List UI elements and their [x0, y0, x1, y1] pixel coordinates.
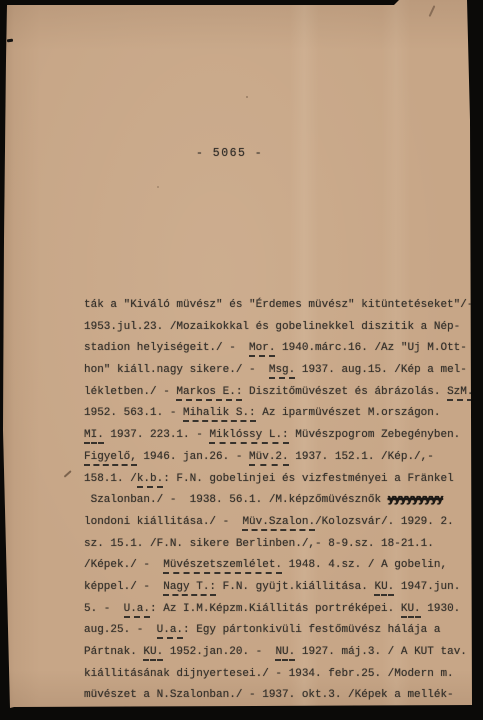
- text-segment: ták a "Kiváló müvész" és "Érdemes müvész…: [84, 299, 473, 311]
- text-line: hon" kiáll.nagy sikere./ - Msg. 1937. au…: [84, 360, 476, 382]
- scanned-paper-sheet: - 5065 - ták a "Kiváló müvész" és "Érdem…: [0, 0, 483, 720]
- text-line: képpel./ - Nagy T.: F.N. gyüjt.kiállitás…: [84, 577, 476, 599]
- text-segment: képpel./ -: [84, 581, 163, 593]
- text-line: 1952. 563.1. - Mihalik S.: Az iparmüvész…: [84, 403, 476, 425]
- text-line: 1953.jul.23. /Mozaikokkal és gobelinekke…: [84, 317, 476, 339]
- text-segment: Pártnak.: [84, 646, 143, 658]
- text-segment: Szalonban./ - 1938. 56.1. /M.képzőmüvész…: [84, 494, 388, 506]
- text-line: Pártnak. KU. 1952.jan.20. - NU. 1927. má…: [84, 642, 476, 664]
- text-segment: stadion helyiségeit./ -: [84, 342, 249, 354]
- underlined-text: MI.: [84, 429, 104, 444]
- underlined-text: k.b.: [137, 473, 163, 488]
- text-segment: müvészet a N.Szalonban./ - 1937. okt.3. …: [84, 689, 454, 701]
- text-segment: 1937. aug.15. /Kép a mel-: [295, 364, 467, 376]
- underlined-text: U.a.: [157, 624, 183, 639]
- text-segment: 1952.jan.20. -: [163, 646, 275, 658]
- text-segment: 1953.jul.23. /Mozaikokkal és gobelinekke…: [84, 321, 460, 333]
- text-line: sz. 15.1. /F.N. sikere Berlinben./,- 8-9…: [84, 534, 476, 556]
- text-segment: lékletben./ -: [84, 386, 176, 398]
- underlined-text: U.a.: [124, 603, 150, 618]
- text-line: Figyelő, 1946. jan.26. - Müv.2. 1937. 15…: [84, 447, 476, 469]
- underlined-text: Miklóssy L.:: [209, 429, 288, 444]
- text-line: ták a "Kiváló müvész" és "Érdemes müvész…: [84, 295, 476, 317]
- text-segment: 1940.márc.16. /Az "Uj M.Ott-: [275, 342, 466, 354]
- ink-dash-mark: [7, 39, 13, 43]
- text-segment: 1947.jun.: [394, 581, 460, 593]
- text-segment: 1927. máj.3. / A KUT tav.: [295, 646, 467, 658]
- text-segment: 5. -: [84, 603, 124, 615]
- underlined-text: NU.: [275, 646, 295, 661]
- text-segment: aug.25. -: [84, 624, 157, 636]
- text-segment: /Kolozsvár/. 1929. 2.: [315, 516, 454, 528]
- text-segment: 158.1. /: [84, 473, 137, 485]
- text-segment: 1948. 4.sz. / A gobelin,: [282, 559, 447, 571]
- underlined-text: SzM.: [447, 386, 473, 401]
- text-segment: 1930.: [421, 603, 461, 615]
- text-line: kiállitásának dijnyertesei./ - 1934. feb…: [84, 664, 476, 686]
- page-number: - 5065 -: [196, 147, 263, 160]
- text-segment: F.N. gyüjt.kiállitása.: [216, 581, 374, 593]
- underlined-text: KU.: [401, 603, 421, 618]
- scratch-mark: [429, 5, 435, 17]
- text-segment: : Egy pártonkivüli festőmüvész hálája a: [183, 624, 440, 636]
- text-segment: Diszitőmüvészet és ábrázolás.: [242, 386, 447, 398]
- text-segment: 1946. jan.26. -: [137, 451, 249, 463]
- text-segment: 1952. 563.1. -: [84, 407, 183, 419]
- text-line: /Képek./ - Müvészetszemlélet. 1948. 4.sz…: [84, 555, 476, 577]
- underlined-text: Müv.Szalon.: [242, 516, 315, 531]
- text-line: londoni kiállitása./ - Müv.Szalon./Koloz…: [84, 512, 476, 534]
- text-segment: hon" kiáll.nagy sikere./ -: [84, 364, 269, 376]
- underlined-text: Markos E.:: [176, 386, 242, 401]
- underlined-text: Mihalik S.:: [183, 407, 256, 422]
- text-line: 5. - U.a.: Az I.M.Képzm.Kiállitás portré…: [84, 599, 476, 621]
- text-segment: londoni kiállitása./ -: [84, 516, 242, 528]
- text-line: MI. 1937. 223.1. - Miklóssy L.: Müvészpo…: [84, 425, 476, 447]
- text-line: lékletben./ - Markos E.: Diszitőmüvészet…: [84, 382, 476, 404]
- text-line: Szalonban./ - 1938. 56.1. /M.képzőmüvész…: [84, 490, 476, 512]
- text-line: aug.25. - U.a.: Egy pártonkivüli festőmü…: [84, 620, 476, 642]
- text-line: 158.1. /k.b.: F.N. gobelinjei és vizfest…: [84, 469, 476, 491]
- pen-slash-mark: [64, 470, 72, 477]
- struck-out-text: yyyyyyyyy: [388, 494, 443, 506]
- underlined-text: Msg.: [269, 364, 295, 379]
- paper-speck: [246, 96, 248, 98]
- text-segment: : Az I.M.Képzm.Kiállitás portréképei.: [150, 603, 401, 615]
- text-segment: Müvészpogrom Zebegényben.: [289, 429, 461, 441]
- underlined-text: Müv.2.: [249, 451, 289, 466]
- text-line: stadion helyiségeit./ - Mor. 1940.márc.1…: [84, 338, 476, 360]
- text-line: müvészet a N.Szalonban./ - 1937. okt.3. …: [84, 685, 476, 707]
- text-segment: /Képek./ -: [84, 559, 163, 571]
- text-segment: sz. 15.1. /F.N. sikere Berlinben./,- 8-9…: [84, 538, 434, 550]
- underlined-text: Mor.: [249, 342, 275, 357]
- underlined-text: Müvészetszemlélet.: [163, 559, 282, 574]
- text-segment: Az iparmüvészet M.országon.: [256, 407, 441, 419]
- underlined-text: Nagy T.:: [163, 581, 216, 596]
- underlined-text: Figyelő,: [84, 451, 137, 466]
- underlined-text: KU.: [143, 646, 163, 661]
- text-segment: kiállitásának dijnyertesei./ - 1934. feb…: [84, 668, 454, 680]
- text-segment: 1937. 223.1. -: [104, 429, 210, 441]
- paper-speck: [157, 186, 159, 188]
- text-segment: 1937. 152.1. /Kép./,-: [289, 451, 434, 463]
- text-segment: : F.N. gobelinjei és vizfestményei a Frä…: [163, 473, 453, 485]
- text-block: ták a "Kiváló müvész" és "Érdemes müvész…: [84, 295, 476, 707]
- underlined-text: KU.: [374, 581, 394, 596]
